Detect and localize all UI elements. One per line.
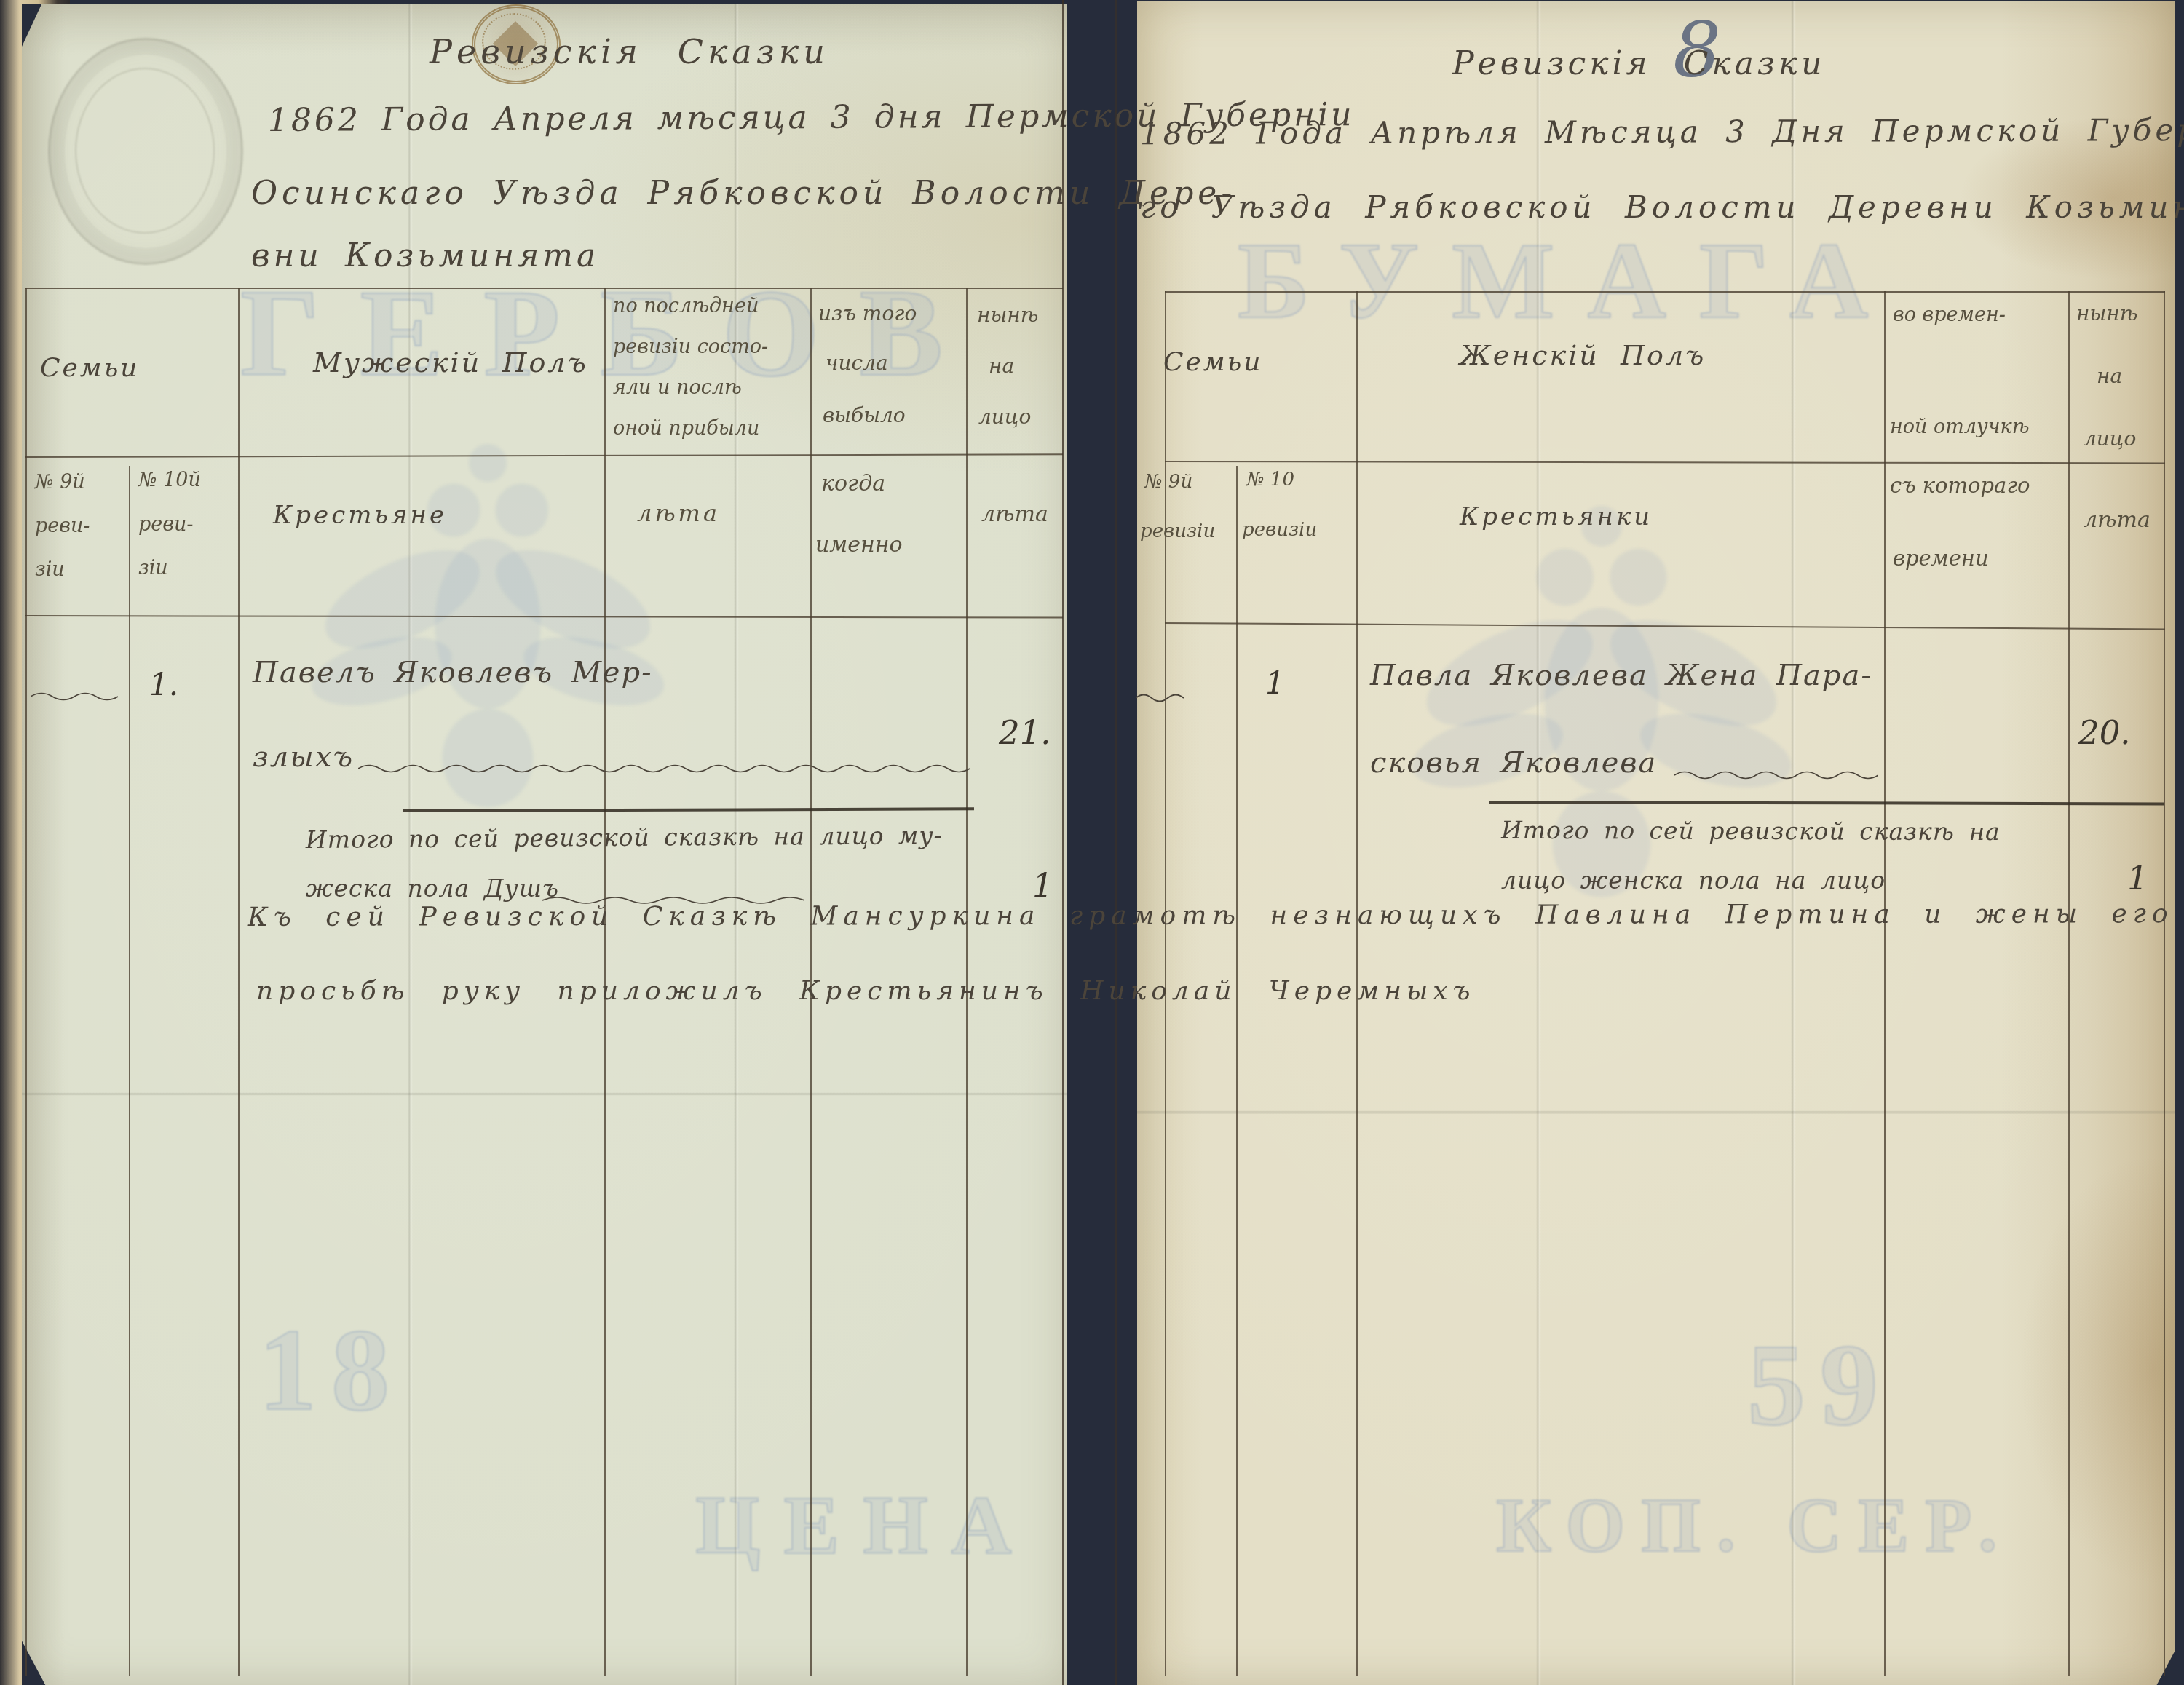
left-col-lastrev-2: ревизіи состо- <box>613 336 768 358</box>
table-line <box>1165 291 1166 1676</box>
paper-crease <box>22 1092 1067 1096</box>
left-col-departed-1: изъ того <box>818 303 917 325</box>
left-heading-line2: Осинскаго Уѣзда Рябковской Волости Дере- <box>251 176 1236 211</box>
fold-line <box>1062 0 1064 1685</box>
archival-document-scan: ГЕРБОВ БУМАГА 18 59 ЦЕНА КОП. СЕР. 8 Рев… <box>0 0 2184 1685</box>
left-sub-age-b: лѣта <box>981 502 1048 526</box>
left-total-line1: Итого по сей ревизской сказкѣ на лицо му… <box>306 822 943 853</box>
left-heading-line3: вни Козьминята <box>251 239 599 274</box>
torn-corner-bottom-left <box>22 1590 73 1685</box>
left-col-lastrev-4: оной прибыли <box>613 418 759 440</box>
right-col-present-3: лицо <box>2084 428 2136 451</box>
right-row-name-line1: Павла Яковлева Жена Пара- <box>1370 659 1872 691</box>
watermark-price-right: КОП. СЕР. <box>1496 1481 2014 1569</box>
right-sub-rev9-2: ревизіи <box>1140 521 1215 542</box>
left-col-families: Семьи <box>40 354 139 383</box>
right-sub-age: лѣта <box>2084 508 2151 532</box>
table-line <box>25 288 27 1676</box>
left-row-name-line1: Павелъ Яковлевъ Мер- <box>253 657 653 689</box>
right-sub-peasants: Крестьянки <box>1460 504 1653 531</box>
left-sub-age-a: лѣта <box>637 501 720 526</box>
watermark-year-59: 59 <box>1747 1317 1893 1452</box>
left-row-name-line2: злыхъ <box>253 741 354 773</box>
left-sub-when-1: когда <box>821 472 885 496</box>
filler-squiggle <box>358 761 970 774</box>
ditto-squiggle <box>1136 691 1201 703</box>
fold-line <box>1115 0 1117 1685</box>
left-sub-rev9-2: реви- <box>35 515 90 537</box>
left-col-male: Мужескій Полъ <box>313 348 588 378</box>
attestation-line1: Къ сей Ревизской Сказкѣ Мансуркина грамо… <box>248 899 2184 932</box>
left-col-present-2: на <box>989 355 1014 378</box>
attestation-line2: просьбѣ руку приложилъ Крестьянинъ Никол… <box>256 977 1476 1006</box>
right-title: Ревизскія Сказки <box>1452 47 1825 82</box>
right-col-present-2: на <box>2097 365 2122 388</box>
ditto-squiggle <box>31 690 118 702</box>
embossed-paper-seal <box>48 38 243 265</box>
watermark-gerbov: ГЕРБОВ <box>240 262 983 405</box>
right-col-families: Семьи <box>1163 348 1262 377</box>
left-sub-rev10-3: зіи <box>138 558 168 579</box>
right-col-present-1: нынѣ <box>2076 303 2137 325</box>
paper-crease <box>1137 1110 2175 1114</box>
table-line <box>25 288 1063 289</box>
right-sub-rev9-1: № 9й <box>1144 472 1192 493</box>
right-sub-since-1: съ котораго <box>1890 475 2030 498</box>
left-total-line2: жеска пола Душъ <box>306 876 559 902</box>
right-total-line2: лицо женска пола на лицо <box>1501 868 1886 894</box>
right-row-age: 20. <box>2078 715 2131 751</box>
left-sub-rev10-2: реви- <box>138 514 194 536</box>
table-line <box>2068 291 2070 1676</box>
right-col-absence-2: ной отлучкѣ <box>1890 416 2029 438</box>
right-heading-line2: го Уѣзда Рябковской Волости Деревни Козь… <box>1140 191 2184 224</box>
right-heading-line1: 1862 Года Апрѣля Мѣсяца 3 Дня Пермской Г… <box>1140 113 2184 151</box>
table-line <box>238 288 240 1676</box>
right-sub-rev10-2: ревизіи <box>1242 520 1317 541</box>
left-row-rev10-number: 1. <box>149 668 178 702</box>
filler-squiggle <box>1674 769 1878 780</box>
left-col-present-1: нынѣ <box>977 304 1038 327</box>
left-row-age: 21. <box>999 715 1051 751</box>
table-line <box>1884 291 1886 1676</box>
table-line <box>1165 291 2165 293</box>
watermark-year-18: 18 <box>258 1303 404 1438</box>
left-sub-peasants: Крестьяне <box>273 502 447 529</box>
table-line <box>2164 291 2165 1676</box>
watermark-price-left: ЦЕНА <box>695 1478 1035 1574</box>
left-col-departed-2: числа <box>826 352 888 375</box>
torn-corner-bottom-right <box>2117 1612 2175 1685</box>
left-col-lastrev-3: яли и послѣ <box>613 377 742 399</box>
table-line <box>129 466 130 1676</box>
watermark-eagle-left <box>298 415 677 852</box>
seal-inner-ring <box>75 68 215 234</box>
left-total-value: 1 <box>1032 868 1053 904</box>
left-title: Ревизскія Сказки <box>430 33 829 71</box>
table-line <box>1236 466 1238 1676</box>
right-total-value: 1 <box>2127 860 2148 897</box>
right-sub-rev10-1: № 10 <box>1246 469 1294 491</box>
right-row-rev10-number: 1 <box>1265 667 1285 700</box>
table-line <box>1356 291 1358 1676</box>
left-sub-when-2: именно <box>815 533 903 557</box>
left-sub-rev10-1: № 10й <box>138 469 201 491</box>
right-col-absence-1: во времен- <box>1893 304 2006 326</box>
right-total-line1: Итого по сей ревизской сказкѣ на <box>1501 817 2001 846</box>
right-row-name-line2: сковья Яковлева <box>1370 747 1657 779</box>
watermark-bumaga: БУМАГА <box>1238 218 1901 344</box>
left-col-present-3: лицо <box>978 406 1031 429</box>
left-col-lastrev-1: по послѣдней <box>613 296 759 317</box>
left-sub-rev9-3: зіи <box>35 559 65 581</box>
right-sub-since-2: времени <box>1893 547 1989 571</box>
right-col-female: Женскій Полъ <box>1460 341 1706 371</box>
left-col-departed-3: выбыло <box>823 405 906 427</box>
left-sub-rev9-1: № 9й <box>35 472 85 493</box>
